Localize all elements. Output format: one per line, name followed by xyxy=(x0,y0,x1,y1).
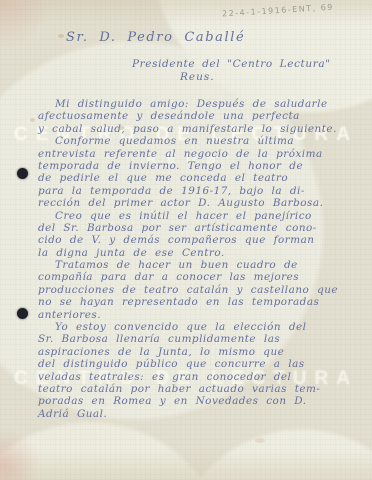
archive-reference-note: 22-4-1-1916-ENT, 69 xyxy=(222,3,334,19)
scanned-letter-page: CENTRO DE LECTURA REUS CENTRO DE LECTURA… xyxy=(0,0,372,480)
paper-stain xyxy=(58,34,64,38)
letter-line: para la temporada de 1916-17, bajo la di… xyxy=(38,185,360,197)
letter-line: producciones de teatro catalán y castell… xyxy=(38,284,360,296)
punch-hole-bottom xyxy=(17,308,28,319)
letter-line: Yo estoy convencido que la elección del xyxy=(38,321,360,333)
recipient-title-line: Presidente del "Centro Lectura" xyxy=(132,58,331,70)
letter-line: poradas en Romea y en Novedades con D. xyxy=(38,395,360,407)
letter-line: Tratamos de hacer un buen cuadro de xyxy=(38,259,360,271)
letter-line: compañía para dar a conocer las mejores xyxy=(38,271,360,283)
letter-line: Adriá Gual. xyxy=(38,408,360,420)
letter-line: de pedirle el que me conceda el teatro xyxy=(38,172,360,184)
paper-stain xyxy=(255,438,265,443)
paper-stain xyxy=(30,118,35,122)
letter-line: afectuosamente y deseándole una perfecta xyxy=(38,110,360,122)
letter-line: del Sr. Barbosa por ser artísticamente c… xyxy=(38,222,360,234)
letter-line: veladas teatrales: es gran conocedor del xyxy=(38,371,360,383)
letter-body: Mi distinguido amigo: Después de saludar… xyxy=(38,98,360,420)
recipient-city-line: Reus. xyxy=(180,71,215,83)
letter-line: la digna junta de ese Centro. xyxy=(38,247,360,259)
letter-line: Mi distinguido amigo: Después de saludar… xyxy=(38,98,360,110)
letter-line: Sr. Barbosa llenaría cumplidamente las xyxy=(38,333,360,345)
letter-line: aspiraciones de la Junta, lo mismo que xyxy=(38,346,360,358)
letter-line: teatro catalán por haber actuado varias … xyxy=(38,383,360,395)
punch-hole-top xyxy=(17,168,28,179)
letter-line: cido de V. y demás compañeros que forman xyxy=(38,234,360,246)
letter-line: del distinguido público que concurre a l… xyxy=(38,358,360,370)
letter-line: temporada de invierno. Tengo el honor de xyxy=(38,160,360,172)
letter-line: Conforme quedamos en nuestra última xyxy=(38,135,360,147)
letter-line: anteriores. xyxy=(38,309,360,321)
letter-line: rección del primer actor D. Augusto Barb… xyxy=(38,197,360,209)
letter-line: Creo que es inútil el hacer el panejíric… xyxy=(38,210,360,222)
letter-line: y cabal salud, paso a manifestarle lo si… xyxy=(38,123,360,135)
letter-line: no se hayan representado en las temporad… xyxy=(38,296,360,308)
letter-line: entrevista referente al negocio de la pr… xyxy=(38,148,360,160)
recipient-line: Sr. D. Pedro Caballé xyxy=(66,30,245,45)
